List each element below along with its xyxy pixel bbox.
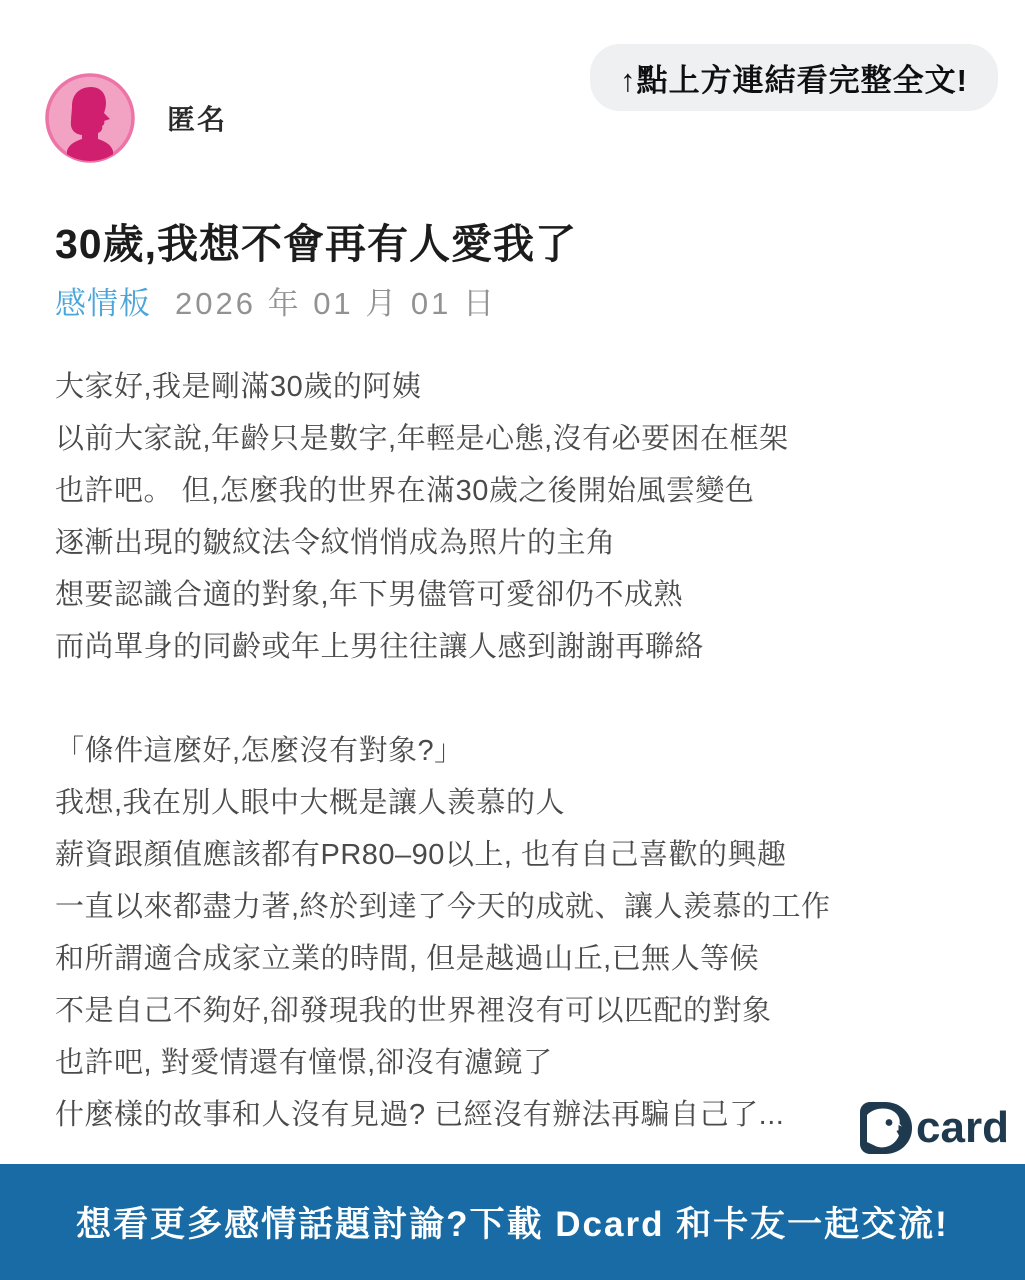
- author-name: 匿名: [167, 98, 227, 138]
- board-link[interactable]: 感情板: [55, 278, 151, 323]
- body-line: 「條件這麼好,怎麼沒有對象?」: [55, 725, 975, 777]
- body-line: 也許吧。 但,怎麼我的世界在滿30歲之後開始風雲變色: [55, 465, 975, 517]
- footer-banner-text: 想看更多感情話題討論?下載 Dcard 和卡友一起交流!: [76, 1197, 949, 1247]
- body-line: 以前大家說,年齡只是數字,年輕是心態,沒有必要困在框架: [55, 413, 975, 465]
- see-full-post-badge: ↑點上方連結看完整全文!: [590, 44, 998, 111]
- author-row: 匿名: [45, 73, 227, 163]
- post-body: 大家好,我是剛滿30歲的阿姨 以前大家說,年齡只是數字,年輕是心態,沒有必要困在…: [55, 361, 975, 1141]
- post-meta: 感情板 2026 年 01 月 01 日: [55, 278, 497, 323]
- body-line: 我想,我在別人眼中大概是讓人羨慕的人: [55, 777, 975, 829]
- body-line-blank: [55, 673, 975, 725]
- body-line: 大家好,我是剛滿30歲的阿姨: [55, 361, 975, 413]
- body-line: 和所謂適合成家立業的時間, 但是越過山丘,已無人等候: [55, 933, 975, 985]
- body-line: 想要認識合適的對象,年下男儘管可愛卻仍不成熟: [55, 569, 975, 621]
- dcard-post-card: ↑點上方連結看完整全文! 匿名 30歲,我想不會再有人愛我了 感情板 2026 …: [0, 0, 1025, 1280]
- post-date: 2026 年 01 月 01 日: [175, 278, 497, 323]
- anonymous-avatar-icon: [45, 73, 135, 163]
- body-line: 而尚單身的同齡或年上男往往讓人感到謝謝再聯絡: [55, 621, 975, 673]
- body-line: 不是自己不夠好,卻發現我的世界裡沒有可以匹配的對象: [55, 985, 975, 1037]
- body-line: 逐漸出現的皺紋法令紋悄悄成為照片的主角: [55, 517, 975, 569]
- dcard-wordmark: card: [916, 1100, 1009, 1156]
- body-line: 一直以來都盡力著,終於到達了今天的成就、讓人羨慕的工作: [55, 881, 975, 933]
- body-line: 也許吧, 對愛情還有憧憬,卻沒有濾鏡了: [55, 1037, 975, 1089]
- body-line: 薪資跟顏值應該都有PR80–90以上, 也有自己喜歡的興趣: [55, 829, 975, 881]
- post-title: 30歲,我想不會再有人愛我了: [55, 211, 985, 270]
- footer-download-banner[interactable]: 想看更多感情話題討論?下載 Dcard 和卡友一起交流!: [0, 1164, 1025, 1280]
- dcard-d-mascot-icon: [858, 1100, 914, 1156]
- body-line: 什麼樣的故事和人沒有見過? 已經沒有辦法再騙自己了...: [55, 1089, 975, 1141]
- dcard-logo: card: [858, 1100, 1009, 1156]
